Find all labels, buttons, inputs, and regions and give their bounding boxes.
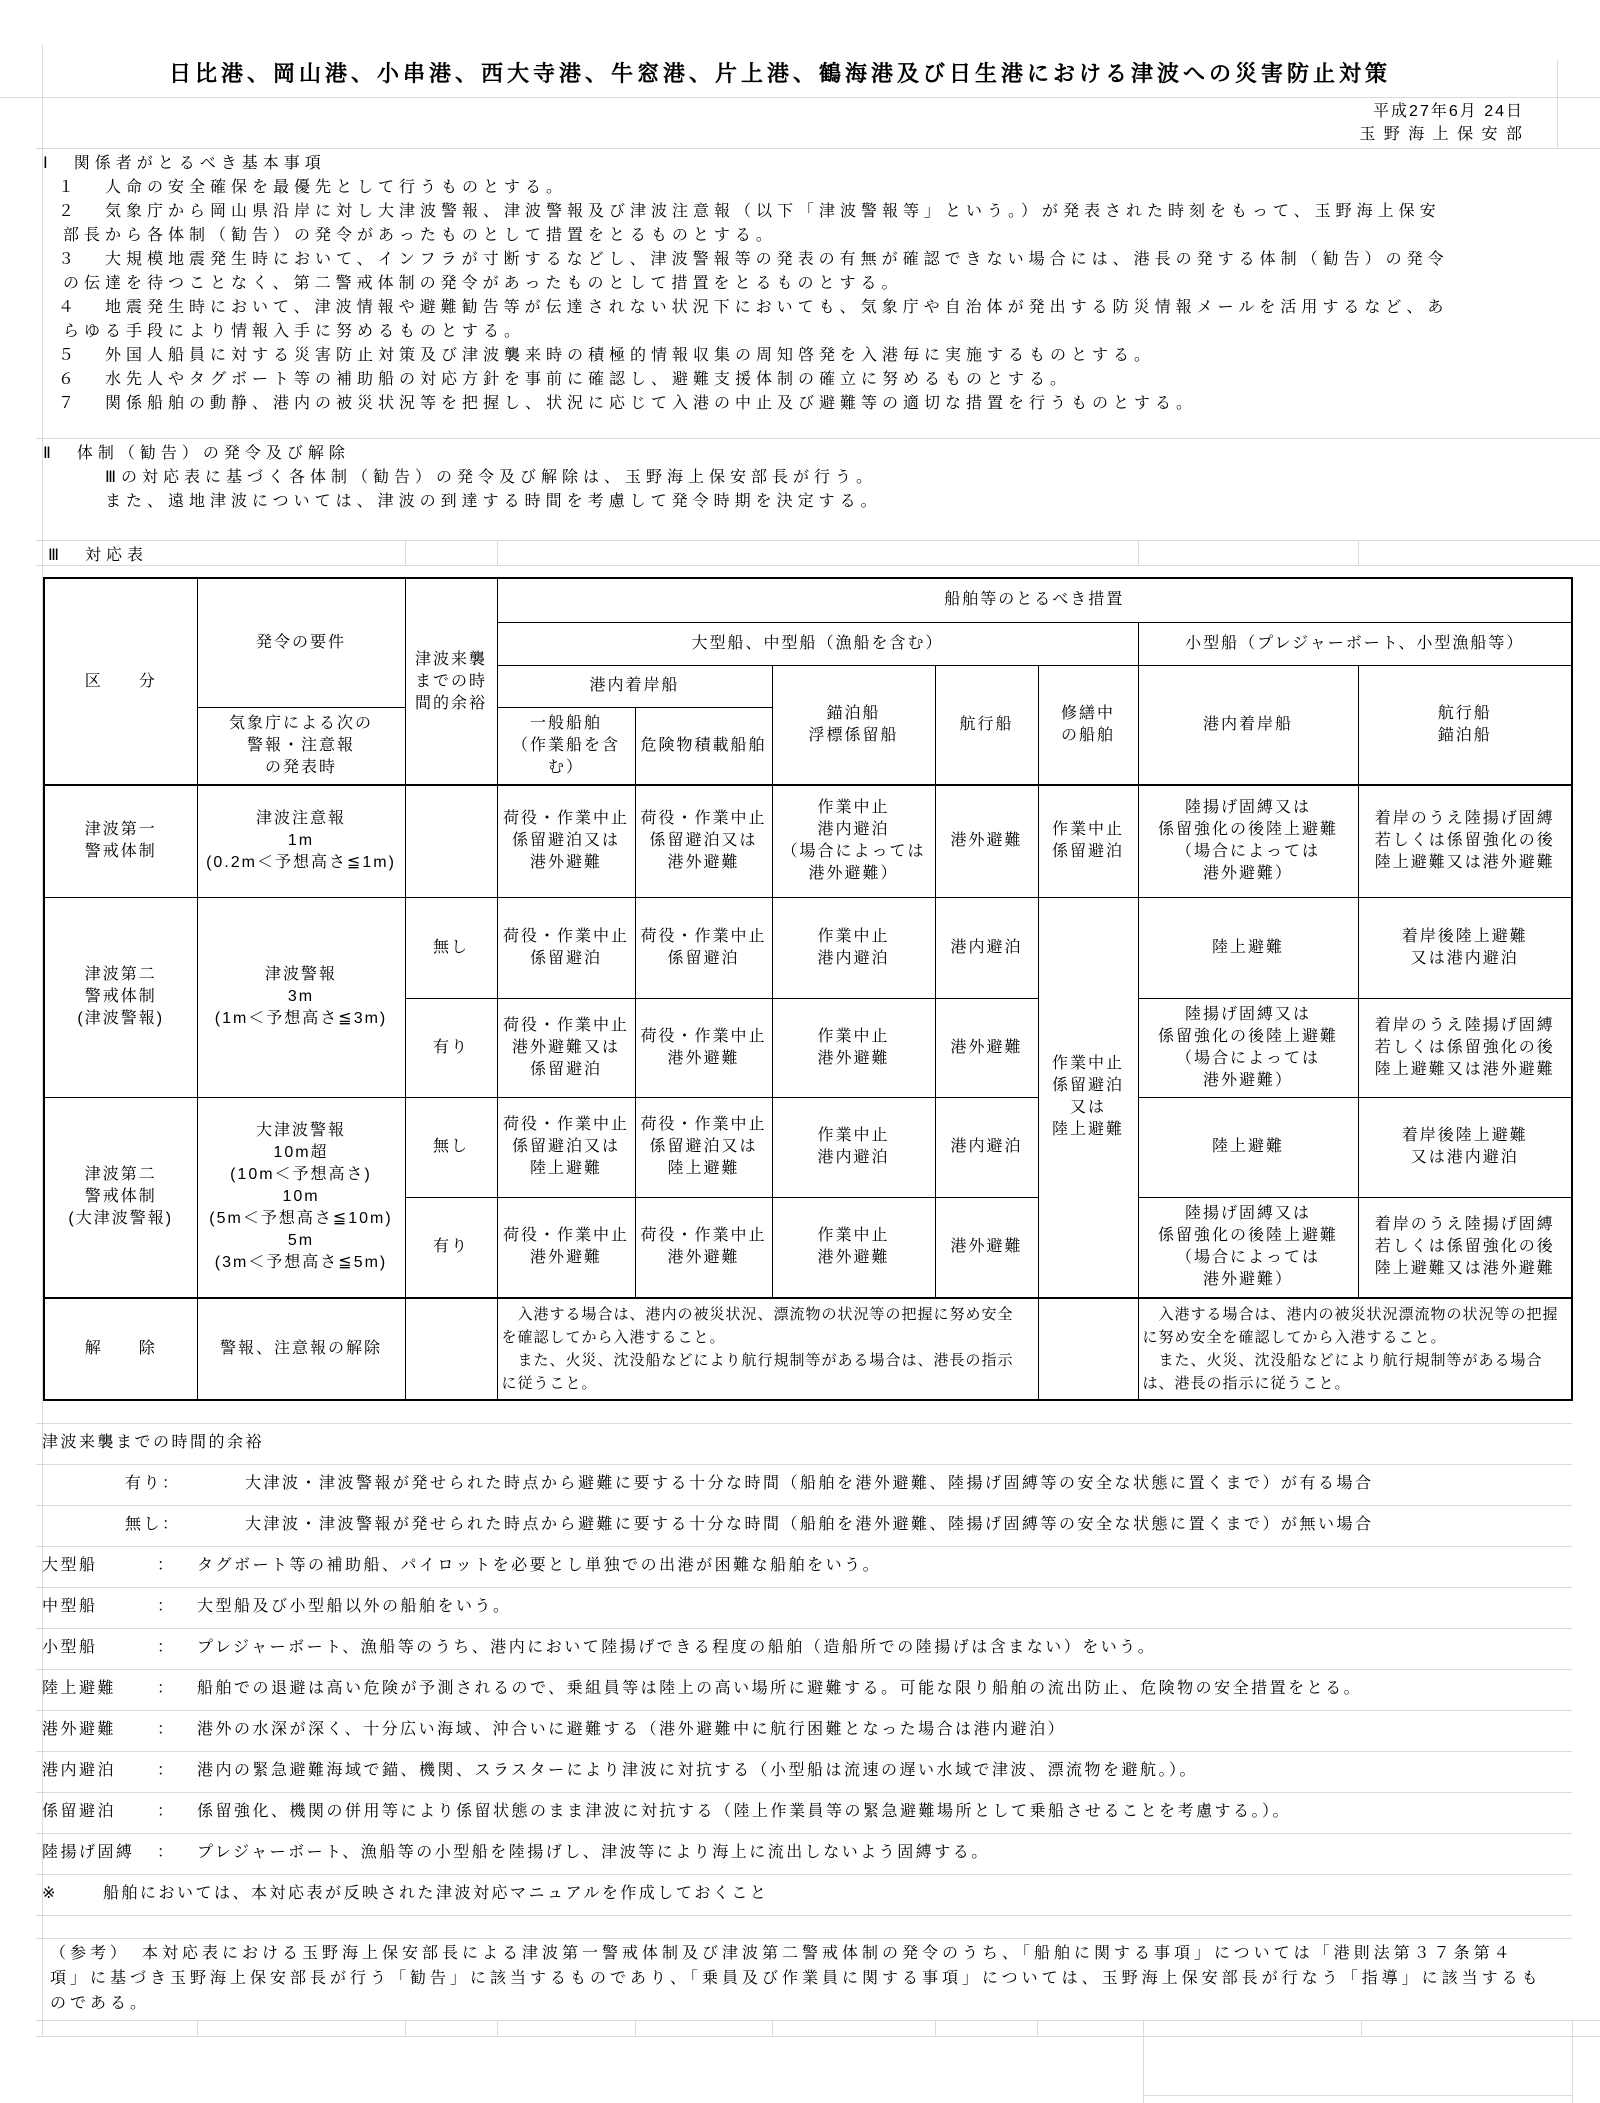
cell-group2-no-time-margin: 無し	[405, 897, 497, 998]
item-number: ３	[58, 248, 105, 272]
header-requirement: 発令の要件	[197, 578, 405, 707]
section-2-line: Ⅲの対応表に基づく各体制（勧告）の発令及び解除は、玉野海上保安部長が行う。	[0, 466, 1590, 490]
cell-release-repairing	[1038, 1298, 1138, 1400]
timing-text: 大津波・津波警報が発せられた時点から避難に要する十分な時間（船舶を港外避難、陸揚…	[245, 1475, 1374, 1492]
gridline	[36, 2036, 1600, 2037]
cell-group2-no-general: 荷役・作業中止 係留避泊	[497, 897, 635, 998]
cell-group3-yes-general: 荷役・作業中止 港外避難	[497, 1197, 635, 1298]
cell-group3-yes-time-margin: 有り	[405, 1197, 497, 1298]
legend-definition-row: 港内避泊：港内の緊急避難海域で錨、機関、スラスターにより津波に対抗する（小型船は…	[0, 1760, 1590, 1782]
gridline	[1361, 2020, 1362, 2036]
gridline	[36, 1587, 1572, 1588]
definition-text: プレジャーボート、漁船等のうち、港内において陸揚げできる程度の船舶（造船所での陸…	[197, 1639, 1156, 1656]
cell-group3-no-dangerous: 荷役・作業中止 係留避泊又は 陸上避難	[635, 1097, 772, 1197]
page-title: 日比港、岡山港、小串港、西大寺港、牛窓港、片上港、鶴海港及び日生港における津波へ…	[42, 58, 1518, 90]
gridline	[36, 1792, 1572, 1793]
cell-row1-dangerous: 荷役・作業中止 係留避泊又は 港外避難	[635, 785, 772, 897]
gridline	[1143, 2020, 1144, 2036]
gridline	[36, 438, 1600, 439]
header-small-berthed-ships: 港内着岸船	[1138, 665, 1358, 785]
gridline	[36, 1423, 1572, 1424]
cell-row1-requirement: 津波注意報 1m (0.2m＜予想高さ≦1m)	[197, 785, 405, 897]
definition-colon: ：	[157, 1760, 197, 1782]
manual-note-row: ※船舶においては、本対応表が反映された津波対応マニュアルを作成しておくこと	[0, 1883, 1590, 1905]
gridline	[772, 2020, 773, 2036]
header-small-navigating-ships: 航行船 錨泊船	[1358, 665, 1572, 785]
cell-group3-requirement: 大津波警報 10m超 (10m＜予想高さ) 10m (5m＜予想高さ≦10m) …	[197, 1097, 405, 1298]
header-anchored-ships: 錨泊船 浮標係留船	[772, 665, 935, 785]
header-requirement-sub: 気象庁による次の 警報・注意報 の発表時	[197, 707, 405, 785]
cell-row1-general: 荷役・作業中止 係留避泊又は 港外避難	[497, 785, 635, 897]
gridline	[497, 540, 498, 565]
definition-colon: ：	[157, 1719, 197, 1741]
timing-label: 無し：	[125, 1514, 245, 1536]
gridline	[36, 1833, 1572, 1834]
gridline	[36, 565, 1600, 566]
definition-term: 大型船	[42, 1555, 157, 1577]
item-text: 人命の安全確保を最優先として行うものとする。	[105, 179, 567, 196]
definition-term: 中型船	[42, 1596, 157, 1618]
cell-group2-no-dangerous: 荷役・作業中止 係留避泊	[635, 897, 772, 998]
section-alert-issuance: Ⅱ 体制（勧告）の発令及び解除 Ⅲの対応表に基づく各体制（勧告）の発令及び解除は…	[0, 442, 1590, 514]
reference-note: （参考） 本対応表における玉野海上保安部長による津波第一警戒体制及び津波第二警戒…	[50, 1941, 1562, 2016]
definition-colon: ：	[157, 1678, 197, 1700]
definition-text: プレジャーボート、漁船等の小型船を陸揚げし、津波等により海上に流出しないよう固縛…	[197, 1844, 990, 1861]
gridline	[635, 2020, 636, 2036]
gridline	[36, 1546, 1572, 1547]
definition-term: 港外避難	[42, 1719, 157, 1741]
gridline	[36, 1915, 1572, 1916]
item-number: ５	[58, 344, 105, 368]
definition-text: 係留強化、機関の併用等により係留状態のまま津波に対抗する（陸上作業員等の緊急避難…	[197, 1803, 1291, 1820]
legend-heading: 津波来襲までの時間的余裕	[0, 1432, 1590, 1454]
definition-term: 小型船	[42, 1637, 157, 1659]
legend-definition-row: 陸上避難：船舶での退避は高い危険が予測されるので、乗組員等は陸上の高い場所に避難…	[0, 1678, 1590, 1700]
definition-text: 船舶での退避は高い危険が予測されるので、乗組員等は陸上の高い場所に避難する。可能…	[197, 1680, 1362, 1697]
gridline	[36, 1628, 1572, 1629]
item-number: ４	[58, 296, 105, 320]
cell-group3-category: 津波第二 警戒体制 (大津波警報)	[44, 1097, 197, 1298]
cell-group3-yes-small-berthed: 陸揚げ固縛又は 係留強化の後陸上避難 （場合によっては 港外避難）	[1138, 1197, 1358, 1298]
cell-group3-yes-small-navigating: 着岸のうえ陸揚げ固縛 若しくは係留強化の後 陸上避難又は港外避難	[1358, 1197, 1572, 1298]
cell-group3-no-general: 荷役・作業中止 係留避泊又は 陸上避難	[497, 1097, 635, 1197]
header-general-ships: 一般船舶 （作業船を含む）	[497, 707, 635, 785]
cell-release-small-ships: 入港する場合は、港内の被災状況漂流物の状況等の把握 に努め安全を確認してから入港…	[1138, 1298, 1572, 1400]
gridline	[405, 2020, 406, 2036]
cell-group2-yes-small-navigating: 着岸のうえ陸揚げ固縛 若しくは係留強化の後 陸上避難又は港外避難	[1358, 998, 1572, 1097]
definition-colon: ：	[157, 1596, 197, 1618]
item-text: 関係船舶の動静、港内の被災状況等を把握し、状況に応じて入港の中止及び避難等の適切…	[105, 395, 1197, 412]
gridline	[197, 2020, 198, 2036]
section-2-line: また、遠地津波については、津波の到達する時間を考慮して発令時期を決定する。	[0, 490, 1590, 514]
gridline	[36, 540, 1600, 541]
legend-definition-row: 大型船：タグボート等の補助船、パイロットを必要とし単独での出港が困難な船舶をいう…	[0, 1555, 1590, 1577]
item-text: 大規模地震発生時において、インフラが寸断するなどし、津波警報等の発表の有無が確認…	[63, 251, 1449, 292]
list-item: ２気象庁から岡山県沿岸に対し大津波警報、津波警報及び津波注意報（以下「津波警報等…	[0, 200, 1590, 248]
list-item: ３大規模地震発生時において、インフラが寸断するなどし、津波警報等の発表の有無が確…	[0, 248, 1590, 296]
legend-definition-row: 小型船：プレジャーボート、漁船等のうち、港内において陸揚げできる程度の船舶（造船…	[0, 1637, 1590, 1659]
gridline	[1143, 2095, 1573, 2096]
gridline	[1358, 540, 1359, 565]
list-item: ５外国人船員に対する災害防止対策及び津波襲来時の積極的情報収集の周知啓発を入港毎…	[0, 344, 1590, 368]
gridline	[36, 148, 1600, 149]
gridline	[36, 1710, 1572, 1711]
gridline	[405, 540, 406, 565]
cell-row1-category: 津波第一 警戒体制	[44, 785, 197, 897]
cell-row1-navigating: 港外避難	[935, 785, 1038, 897]
section-3-heading: Ⅲ 対応表	[48, 545, 148, 567]
header-small-ships: 小型船（プレジャーボート、小型漁船等）	[1138, 622, 1572, 665]
gridline	[36, 2020, 1600, 2021]
gridline	[0, 97, 1600, 98]
definition-colon: ：	[157, 1637, 197, 1659]
header-dangerous-cargo-ships: 危険物積載船舶	[635, 707, 772, 785]
gridline	[36, 1751, 1572, 1752]
cell-group2-no-small-navigating: 着岸後陸上避難 又は港内避泊	[1358, 897, 1572, 998]
cell-group3-no-small-navigating: 着岸後陸上避難 又は港内避泊	[1358, 1097, 1572, 1197]
item-number: ２	[58, 200, 105, 224]
header-time-margin: 津波来襲 までの時 間的余裕	[405, 578, 497, 785]
cell-repairing-merged: 作業中止 係留避泊 又は 陸上避難	[1038, 897, 1138, 1298]
header-repairing-ships: 修繕中 の船舶	[1038, 665, 1138, 785]
gridline	[36, 1874, 1572, 1875]
section-basic-principles: Ⅰ 関係者がとるべき基本事項 １人命の安全確保を最優先として行うものとする。 ２…	[0, 152, 1590, 416]
cell-group2-no-small-berthed: 陸上避難	[1138, 897, 1358, 998]
definition-colon: ：	[157, 1555, 197, 1577]
section-2-heading: Ⅱ 体制（勧告）の発令及び解除	[0, 442, 1590, 466]
gridline	[1037, 2020, 1038, 2036]
definition-text: 大型船及び小型船以外の船舶をいう。	[197, 1598, 512, 1615]
cell-group2-no-navigating: 港内避泊	[935, 897, 1038, 998]
item-text: 気象庁から岡山県沿岸に対し大津波警報、津波警報及び津波注意報（以下「津波警報等」…	[63, 203, 1441, 244]
definition-colon: ：	[157, 1801, 197, 1823]
gridline	[36, 1505, 1572, 1506]
legend-definition-row: 係留避泊：係留強化、機関の併用等により係留状態のまま津波に対抗する（陸上作業員等…	[0, 1801, 1590, 1823]
cell-group3-no-navigating: 港内避泊	[935, 1097, 1038, 1197]
cell-group3-no-time-margin: 無し	[405, 1097, 497, 1197]
cell-group2-yes-general: 荷役・作業中止 港外避難又は 係留避泊	[497, 998, 635, 1097]
gridline	[1572, 2036, 1573, 2103]
definition-text: 港外の水深が深く、十分広い海域、沖合いに避難する（港外避難中に航行困難となった場…	[197, 1721, 1066, 1738]
cell-release-time-margin	[405, 1298, 497, 1400]
header-berthed-ships: 港内着岸船	[497, 665, 772, 707]
cell-group2-yes-anchored: 作業中止 港外避難	[772, 998, 935, 1097]
gridline	[1572, 2020, 1573, 2036]
cell-group3-no-small-berthed: 陸上避難	[1138, 1097, 1358, 1197]
gridline	[497, 2020, 498, 2036]
cell-row1-repairing: 作業中止 係留避泊	[1038, 785, 1138, 897]
note-mark: ※	[42, 1883, 103, 1905]
gridline	[36, 1669, 1572, 1670]
cell-group3-no-anchored: 作業中止 港内避泊	[772, 1097, 935, 1197]
item-number: ６	[58, 368, 105, 392]
header-navigating-ships: 航行船	[935, 665, 1038, 785]
item-number: １	[58, 176, 105, 200]
document-page: 日比港、岡山港、小串港、西大寺港、牛窓港、片上港、鶴海港及び日生港における津波へ…	[0, 0, 1600, 2103]
gridline	[1143, 2036, 1144, 2103]
list-item: ４地震発生時において、津波情報や避難勧告等が伝達されない状況下においても、気象庁…	[0, 296, 1590, 344]
list-item: ６水先人やタグボート等の補助船の対応方針を事前に確認し、避難支援体制の確立に努め…	[0, 368, 1590, 392]
cell-group3-yes-dangerous: 荷役・作業中止 港外避難	[635, 1197, 772, 1298]
cell-group3-yes-navigating: 港外避難	[935, 1197, 1038, 1298]
cell-release-requirement: 警報、注意報の解除	[197, 1298, 405, 1400]
cell-release-large-ships: 入港する場合は、港内の被災状況、漂流物の状況等の把握に努め安全 を確認してから入…	[497, 1298, 1038, 1400]
cell-group2-yes-time-margin: 有り	[405, 998, 497, 1097]
section-1-heading: Ⅰ 関係者がとるべき基本事項	[0, 152, 1590, 176]
item-text: 水先人やタグボート等の補助船の対応方針を事前に確認し、避難支援体制の確立に努める…	[105, 371, 1071, 388]
definition-term: 港内避泊	[42, 1760, 157, 1782]
header-large-medium-ships: 大型船、中型船（漁船を含む）	[497, 622, 1138, 665]
list-item: ７関係船舶の動静、港内の被災状況等を把握し、状況に応じて入港の中止及び避難等の適…	[0, 392, 1590, 416]
date-block: 平成27年6月 24日 玉 野 海 上 保 安 部	[1000, 100, 1524, 146]
item-number: ７	[58, 392, 105, 416]
legend-definition-row: 港外避難：港外の水深が深く、十分広い海域、沖合いに避難する（港外避難中に航行困難…	[0, 1719, 1590, 1741]
response-table: 区 分 発令の要件 津波来襲 までの時 間的余裕 船舶等のとるべき措置 大型船、…	[43, 577, 1573, 1401]
legend-timing-row: 無し：大津波・津波警報が発せられた時点から避難に要する十分な時間（船舶を港外避難…	[0, 1514, 1590, 1536]
cell-row1-time-margin	[405, 785, 497, 897]
timing-text: 大津波・津波警報が発せられた時点から避難に要する十分な時間（船舶を港外避難、陸揚…	[245, 1516, 1374, 1533]
cell-row1-small-navigating: 着岸のうえ陸揚げ固縛 若しくは係留強化の後 陸上避難又は港外避難	[1358, 785, 1572, 897]
document-date: 平成27年6月 24日	[1000, 100, 1524, 123]
cell-group2-yes-dangerous: 荷役・作業中止 港外避難	[635, 998, 772, 1097]
legend-definition-row: 陸揚げ固縛：プレジャーボート、漁船等の小型船を陸揚げし、津波等により海上に流出し…	[0, 1842, 1590, 1864]
header-measures: 船舶等のとるべき措置	[497, 578, 1572, 622]
definition-term: 陸上避難	[42, 1678, 157, 1700]
item-text: 地震発生時において、津波情報や避難勧告等が伝達されない状況下においても、気象庁や…	[63, 299, 1448, 340]
definition-text: 港内の緊急避難海域で錨、機関、スラスターにより津波に対抗する（小型船は流速の遅い…	[197, 1762, 1198, 1779]
list-item: １人命の安全確保を最優先として行うものとする。	[0, 176, 1590, 200]
definition-text: タグボート等の補助船、パイロットを必要とし単独での出港が困難な船舶をいう。	[197, 1557, 881, 1574]
issuing-organization: 玉 野 海 上 保 安 部	[1000, 123, 1524, 146]
definition-colon: ：	[157, 1842, 197, 1864]
cell-group2-yes-small-berthed: 陸揚げ固縛又は 係留強化の後陸上避難 （場合によっては 港外避難）	[1138, 998, 1358, 1097]
cell-group3-yes-anchored: 作業中止 港外避難	[772, 1197, 935, 1298]
definition-term: 陸揚げ固縛	[42, 1842, 157, 1864]
gridline	[1138, 540, 1139, 565]
timing-label: 有り：	[125, 1473, 245, 1495]
cell-row1-small-berthed: 陸揚げ固縛又は 係留強化の後陸上避難 （場合によっては 港外避難）	[1138, 785, 1358, 897]
gridline	[36, 1464, 1572, 1465]
cell-group2-requirement: 津波警報 3m (1m＜予想高さ≦3m)	[197, 897, 405, 1097]
cell-group2-yes-navigating: 港外避難	[935, 998, 1038, 1097]
cell-group2-no-anchored: 作業中止 港内避泊	[772, 897, 935, 998]
note-text: 船舶においては、本対応表が反映された津波対応マニュアルを作成しておくこと	[103, 1885, 768, 1902]
cell-group2-category: 津波第二 警戒体制 (津波警報)	[44, 897, 197, 1097]
definition-term: 係留避泊	[42, 1801, 157, 1823]
legend-timing-row: 有り：大津波・津波警報が発せられた時点から避難に要する十分な時間（船舶を港外避難…	[0, 1473, 1590, 1495]
header-category: 区 分	[44, 578, 197, 785]
legend-definition-row: 中型船：大型船及び小型船以外の船舶をいう。	[0, 1596, 1590, 1618]
item-text: 外国人船員に対する災害防止対策及び津波襲来時の積極的情報収集の周知啓発を入港毎に…	[105, 347, 1155, 364]
gridline	[935, 2020, 936, 2036]
gridline	[1557, 60, 1558, 148]
cell-row1-anchored: 作業中止 港内避泊 （場合によっては 港外避難）	[772, 785, 935, 897]
cell-release-category: 解 除	[44, 1298, 197, 1400]
gridline	[36, 1938, 1572, 1939]
